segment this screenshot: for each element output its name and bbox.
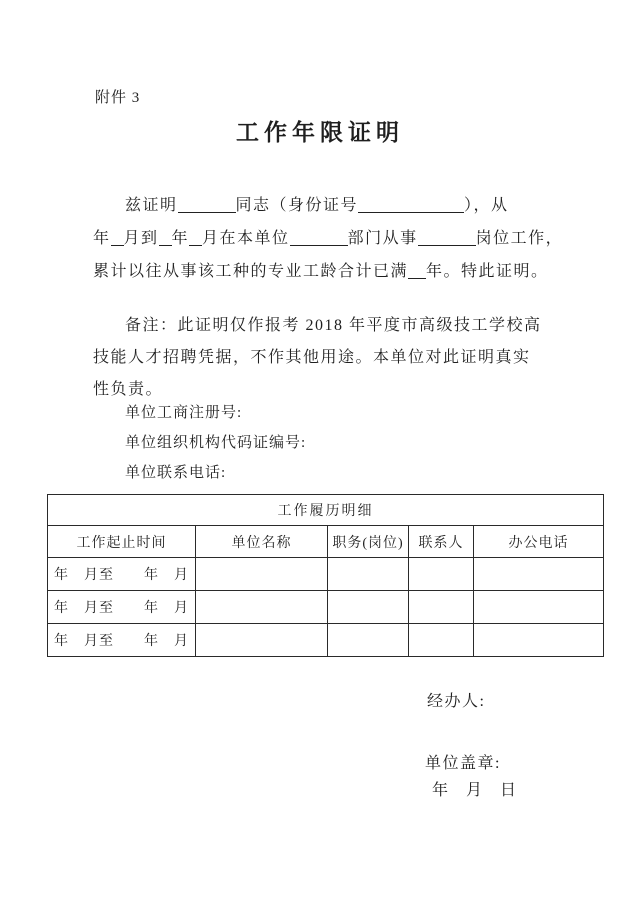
column-header-contact: 联系人 <box>409 526 474 558</box>
statement-line-1: 兹证明同志（身份证号），从 <box>93 189 550 222</box>
unit-org-code-label: 单位组织机构代码证编号: <box>93 428 550 458</box>
attachment-label: 附件 3 <box>95 86 140 107</box>
statement-text: 部门从事 <box>348 230 418 247</box>
column-header-period: 工作起止时间 <box>48 526 196 558</box>
statement-text: 兹证明 <box>125 197 178 214</box>
statement-text: 月到 <box>124 230 159 247</box>
unit-phone-label: 单位联系电话: <box>93 458 550 488</box>
page-title: 工作年限证明 <box>0 114 640 147</box>
table-caption-row: 工作履历明细 <box>48 495 604 526</box>
table-header-row: 工作起止时间 单位名称 职务(岗位) 联系人 办公电话 <box>48 526 604 558</box>
table-row: 年 月至 年 月 <box>48 558 604 591</box>
date-line: 年 月 日 <box>432 777 517 800</box>
statement-text: 年 <box>172 230 190 247</box>
note-paragraph: 备注：此证明仅作报考 2018 年平度市高级技工学校高 技能人才招聘凭据，不作其… <box>93 310 550 406</box>
period-cell: 年 月至 年 月 <box>48 591 196 624</box>
statement-text: 月在本单位 <box>202 230 290 247</box>
column-header-office-phone: 办公电话 <box>474 526 604 558</box>
table-row: 年 月至 年 月 <box>48 591 604 624</box>
unit-business-reg-label: 单位工商注册号: <box>93 398 550 428</box>
contact-cell <box>409 558 474 591</box>
contact-cell <box>409 591 474 624</box>
column-header-position: 职务(岗位) <box>328 526 409 558</box>
name-blank-underline <box>178 200 236 213</box>
statement-text: ），从 <box>464 197 509 214</box>
document-page: 附件 3 工作年限证明 兹证明同志（身份证号），从 年月到年月在本单位部门从事岗… <box>0 0 640 905</box>
month-blank-underline <box>111 233 124 246</box>
year-blank-underline <box>159 233 172 246</box>
note-line-2: 技能人才招聘凭据，不作其他用途。本单位对此证明真实 <box>93 342 550 374</box>
unit-fields: 单位工商注册号: 单位组织机构代码证编号: 单位联系电话: <box>93 398 550 488</box>
period-cell: 年 月至 年 月 <box>48 624 196 657</box>
unit-seal-label: 单位盖章: <box>425 750 501 773</box>
statement-text: 年。特此证明。 <box>426 263 549 280</box>
statement-text: 累计以往从事该工种的专业工龄合计已满 <box>93 263 408 280</box>
statement-text: 岗位工作， <box>476 230 564 247</box>
statement-line-2: 年月到年月在本单位部门从事岗位工作， <box>93 222 550 255</box>
office-phone-cell <box>474 558 604 591</box>
work-history-table: 工作履历明细 工作起止时间 单位名称 职务(岗位) 联系人 办公电话 年 月至 … <box>47 494 604 657</box>
contact-cell <box>409 624 474 657</box>
statement-paragraph: 兹证明同志（身份证号），从 年月到年月在本单位部门从事岗位工作， 累计以往从事该… <box>93 189 550 288</box>
company-cell <box>196 624 328 657</box>
id-number-blank-underline <box>358 200 464 213</box>
department-blank-underline <box>290 233 348 246</box>
column-header-company: 单位名称 <box>196 526 328 558</box>
company-cell <box>196 591 328 624</box>
month-blank-underline <box>189 233 202 246</box>
statement-line-3: 累计以往从事该工种的专业工龄合计已满年。特此证明。 <box>93 255 550 288</box>
position-cell <box>328 558 409 591</box>
company-cell <box>196 558 328 591</box>
statement-text: 同志（身份证号 <box>236 197 359 214</box>
period-cell: 年 月至 年 月 <box>48 558 196 591</box>
post-blank-underline <box>418 233 476 246</box>
position-cell <box>328 624 409 657</box>
handler-label: 经办人: <box>427 688 485 711</box>
statement-text: 年 <box>93 230 111 247</box>
table-caption: 工作履历明细 <box>48 495 604 526</box>
note-line-1: 备注：此证明仅作报考 2018 年平度市高级技工学校高 <box>93 310 550 342</box>
office-phone-cell <box>474 591 604 624</box>
years-blank-underline <box>408 266 426 279</box>
table-row: 年 月至 年 月 <box>48 624 604 657</box>
position-cell <box>328 591 409 624</box>
office-phone-cell <box>474 624 604 657</box>
